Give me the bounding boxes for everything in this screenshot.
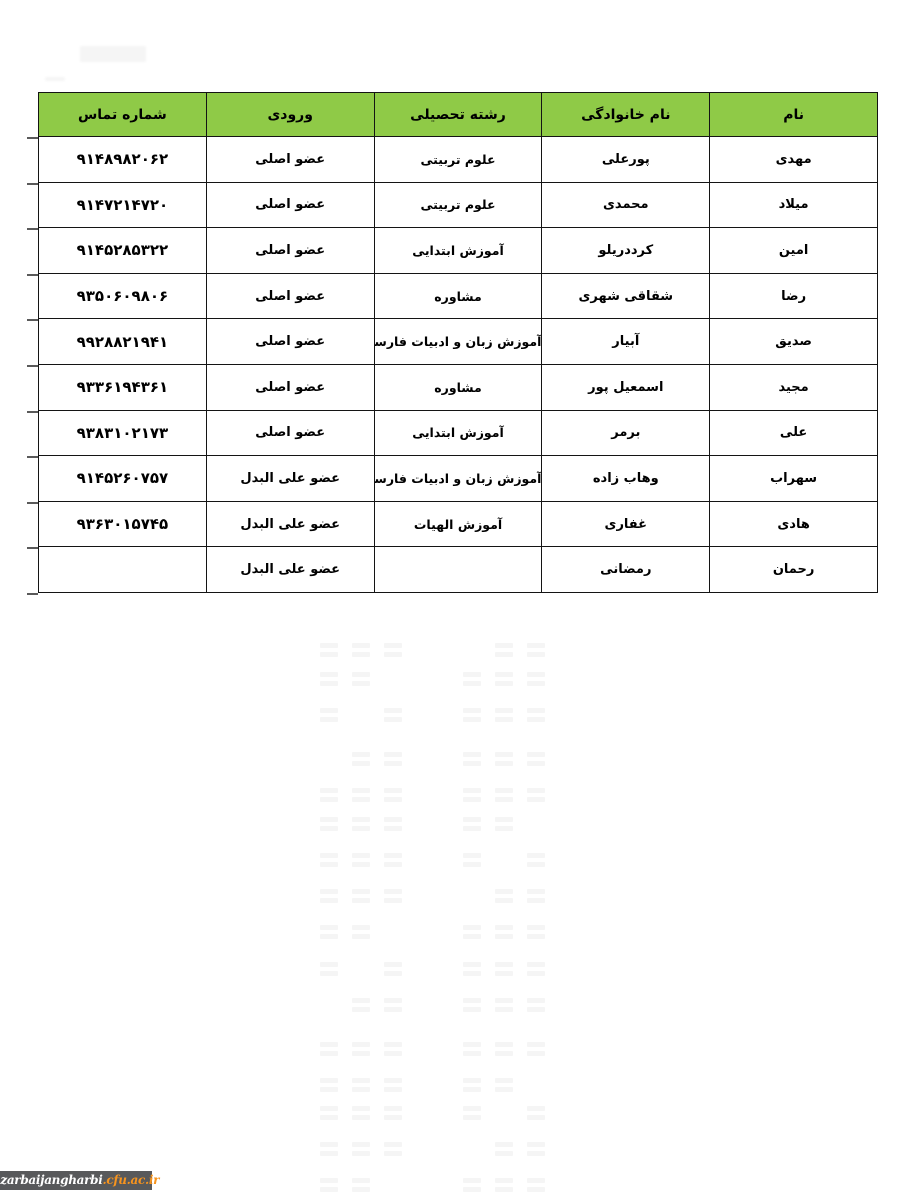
ghost-dash xyxy=(384,998,402,1003)
ghost-dash xyxy=(527,708,545,713)
ghost-dash xyxy=(320,862,338,867)
ghost-dash xyxy=(384,1078,402,1083)
table-row: مهدیپورعلیعلوم تربیتیعضو اصلی۹۱۴۸۹۸۲۰۶۲ xyxy=(39,137,878,183)
cell-family: رمضانی xyxy=(542,547,710,593)
cell-name: علی xyxy=(710,410,878,456)
table-row: صدیقآبیارآموزش زبان و ادبیات فارسیعضو اص… xyxy=(39,319,878,365)
cell-field: مشاوره xyxy=(374,364,542,410)
ghost-dash xyxy=(384,761,402,766)
cell-family: برمر xyxy=(542,410,710,456)
ghost-dash xyxy=(495,1042,513,1047)
ghost-dash xyxy=(352,1106,370,1111)
ghost-dash xyxy=(352,998,370,1003)
ghost-dash xyxy=(463,788,481,793)
ghost-dash xyxy=(384,1042,402,1047)
members-table: نام نام خانوادگی رشته تحصیلی ورودی شماره… xyxy=(38,92,878,593)
ghost-dash xyxy=(352,1178,370,1183)
ghost-dash xyxy=(495,1087,513,1092)
ghost-dash xyxy=(384,1106,402,1111)
ghost-dash xyxy=(527,717,545,722)
ghost-dash xyxy=(463,998,481,1003)
ghost-dash xyxy=(463,1115,481,1120)
ghost-dash xyxy=(320,1042,338,1047)
table-header: نام نام خانوادگی رشته تحصیلی ورودی شماره… xyxy=(39,93,878,137)
ghost-dash xyxy=(320,962,338,967)
ghost-dash xyxy=(495,643,513,648)
ghost-dash xyxy=(495,761,513,766)
ghost-dash xyxy=(495,817,513,822)
cell-field: آموزش زبان و ادبیات فارسی xyxy=(374,319,542,365)
cell-field: مشاوره xyxy=(374,273,542,319)
cell-name: سهراب xyxy=(710,456,878,502)
cell-entry: عضو اصلی xyxy=(206,364,374,410)
ghost-dash xyxy=(352,643,370,648)
border-tick xyxy=(27,547,38,549)
ghost-dash xyxy=(495,717,513,722)
cell-family: آبیار xyxy=(542,319,710,365)
ghost-dash xyxy=(527,853,545,858)
cell-phone: ۹۳۶۳۰۱۵۷۴۵ xyxy=(39,501,207,547)
ghost-dash xyxy=(320,1087,338,1092)
cell-phone: ۹۹۲۸۸۲۱۹۴۱ xyxy=(39,319,207,365)
ghost-dash xyxy=(352,925,370,930)
cell-family: غفاری xyxy=(542,501,710,547)
ghost-dash xyxy=(463,934,481,939)
ghost-dash xyxy=(320,898,338,903)
ghost-dash xyxy=(384,962,402,967)
cell-entry: عضو اصلی xyxy=(206,410,374,456)
ghost-dash xyxy=(527,1178,545,1183)
cell-phone: ۹۳۵۰۶۰۹۸۰۶ xyxy=(39,273,207,319)
ghost-dash xyxy=(463,1042,481,1047)
ghost-dash xyxy=(320,934,338,939)
ghost-dash xyxy=(463,717,481,722)
cell-name: رحمان xyxy=(710,547,878,593)
ghost-dash xyxy=(320,788,338,793)
ghost-dash xyxy=(320,1187,338,1192)
ghost-dash xyxy=(527,643,545,648)
column-header-phone: شماره تماس xyxy=(39,93,207,137)
cell-field: علوم تربیتی xyxy=(374,182,542,228)
table-row: سهرابوهاب زادهآموزش زبان و ادبیات فارسیع… xyxy=(39,456,878,502)
ghost-dash xyxy=(352,788,370,793)
ghost-dash xyxy=(527,998,545,1003)
ghost-dash xyxy=(320,925,338,930)
ghost-dash xyxy=(352,1007,370,1012)
border-tick xyxy=(27,456,38,458)
ghost-dash xyxy=(352,1078,370,1083)
ghost-dash xyxy=(384,1151,402,1156)
ghost-dash xyxy=(384,898,402,903)
cell-phone: ۹۱۴۵۲۸۵۳۲۲ xyxy=(39,228,207,274)
cell-phone: ۹۳۳۶۱۹۴۳۶۱ xyxy=(39,364,207,410)
ghost-dash xyxy=(495,752,513,757)
ghost-dash xyxy=(495,1007,513,1012)
ghost-dash xyxy=(527,1115,545,1120)
table-row: مجیداسمعیل پورمشاورهعضو اصلی۹۳۳۶۱۹۴۳۶۱ xyxy=(39,364,878,410)
ghost-dash xyxy=(384,1142,402,1147)
ghost-dash xyxy=(527,1007,545,1012)
border-tick xyxy=(27,365,38,367)
ghost-dash xyxy=(352,797,370,802)
cell-family: کرددریلو xyxy=(542,228,710,274)
ghost-dash xyxy=(495,962,513,967)
ghost-dash xyxy=(463,853,481,858)
ghost-dash xyxy=(527,1106,545,1111)
cell-entry: عضو علی البدل xyxy=(206,501,374,547)
ghost-dash xyxy=(384,652,402,657)
ghost-dash xyxy=(495,971,513,976)
ghost-dash xyxy=(352,826,370,831)
ghost-dash xyxy=(320,717,338,722)
website-footer-bar: azarbaijangharbi.cfu.ac.ir xyxy=(0,1171,152,1190)
ghost-dash xyxy=(352,1087,370,1092)
ghost-dash xyxy=(463,962,481,967)
ghost-dash xyxy=(352,898,370,903)
cell-name: مهدی xyxy=(710,137,878,183)
ghost-dash xyxy=(320,817,338,822)
ghost-dash xyxy=(495,1151,513,1156)
ghost-dash xyxy=(384,1115,402,1120)
ghost-dash xyxy=(463,817,481,822)
ghost-dash xyxy=(463,1007,481,1012)
site-domain-main: azarbaijangharbi xyxy=(0,1171,102,1190)
ghost-dash xyxy=(384,1007,402,1012)
cell-field: علوم تربیتی xyxy=(374,137,542,183)
ghost-dash xyxy=(320,652,338,657)
border-tick xyxy=(27,183,38,185)
ghost-dash xyxy=(384,826,402,831)
cell-phone: ۹۱۴۵۲۶۰۷۵۷ xyxy=(39,456,207,502)
ghost-dash xyxy=(495,652,513,657)
ghost-dash xyxy=(463,925,481,930)
cell-name: میلاد xyxy=(710,182,878,228)
cell-field: آموزش الهیات xyxy=(374,501,542,547)
ghost-dash xyxy=(527,788,545,793)
cell-entry: عضو اصلی xyxy=(206,182,374,228)
ghost-dash xyxy=(527,889,545,894)
ghost-dash xyxy=(495,889,513,894)
ghost-dash xyxy=(463,1078,481,1083)
ghost-dash xyxy=(384,752,402,757)
ghost-dash xyxy=(527,962,545,967)
ghost-dash xyxy=(384,889,402,894)
ghost-dash xyxy=(352,1142,370,1147)
cell-family: محمدی xyxy=(542,182,710,228)
ghost-dash xyxy=(527,752,545,757)
table-row: رحمانرمضانیعضو علی البدل xyxy=(39,547,878,593)
cell-entry: عضو اصلی xyxy=(206,228,374,274)
ghost-dash xyxy=(320,643,338,648)
ghost-dash xyxy=(463,672,481,677)
ghost-dash xyxy=(384,1087,402,1092)
cell-entry: عضو اصلی xyxy=(206,273,374,319)
column-header-entry: ورودی xyxy=(206,93,374,137)
ghost-dash xyxy=(527,971,545,976)
ghost-dash xyxy=(384,708,402,713)
ghost-dash xyxy=(352,1187,370,1192)
border-tick xyxy=(27,593,38,595)
ghost-dash xyxy=(384,797,402,802)
cell-family: پورعلی xyxy=(542,137,710,183)
ghost-dash xyxy=(527,898,545,903)
cell-name: صدیق xyxy=(710,319,878,365)
ghost-dash xyxy=(384,971,402,976)
table-row: رضاشقاقی شهریمشاورهعضو اصلی۹۳۵۰۶۰۹۸۰۶ xyxy=(39,273,878,319)
ghost-dash xyxy=(495,1078,513,1083)
ghost-dash xyxy=(527,1051,545,1056)
cell-phone xyxy=(39,547,207,593)
ghost-dash xyxy=(463,862,481,867)
ghost-dash xyxy=(463,761,481,766)
ghost-dash xyxy=(495,898,513,903)
table-row: هادیغفاریآموزش الهیاتعضو علی البدل۹۳۶۳۰۱… xyxy=(39,501,878,547)
ghost-dash xyxy=(320,971,338,976)
ghost-dash xyxy=(463,1106,481,1111)
ghost-dash xyxy=(320,1151,338,1156)
ghost-dash xyxy=(320,1142,338,1147)
ghost-dash xyxy=(527,1042,545,1047)
ghost-dash xyxy=(527,797,545,802)
ghost-dash xyxy=(527,681,545,686)
ghost-dash xyxy=(463,1051,481,1056)
cell-field: آموزش ابتدایی xyxy=(374,410,542,456)
border-tick xyxy=(27,137,38,139)
ghost-dash xyxy=(384,862,402,867)
ghost-dash xyxy=(352,672,370,677)
table-row: میلادمحمدیعلوم تربیتیعضو اصلی۹۱۴۷۲۱۴۷۲۰ xyxy=(39,182,878,228)
ghost-dash xyxy=(352,934,370,939)
cell-name: امین xyxy=(710,228,878,274)
ghost-dash xyxy=(527,1187,545,1192)
ghost-dash xyxy=(463,752,481,757)
cell-phone: ۹۱۴۸۹۸۲۰۶۲ xyxy=(39,137,207,183)
ghost-dash xyxy=(495,934,513,939)
ghost-dash xyxy=(384,853,402,858)
ghost-dash xyxy=(352,853,370,858)
ghost-dash xyxy=(495,826,513,831)
ghost-dash xyxy=(463,971,481,976)
ghost-dash xyxy=(320,889,338,894)
border-tick xyxy=(27,274,38,276)
column-header-family: نام خانوادگی xyxy=(542,93,710,137)
ghost-dash xyxy=(352,652,370,657)
ghost-dash xyxy=(463,1087,481,1092)
ghost-dash xyxy=(463,826,481,831)
cell-name: مجید xyxy=(710,364,878,410)
ghost-dash xyxy=(352,681,370,686)
ghost-dash xyxy=(320,1178,338,1183)
header-row: نام نام خانوادگی رشته تحصیلی ورودی شماره… xyxy=(39,93,878,137)
cell-family: شقاقی شهری xyxy=(542,273,710,319)
border-tick xyxy=(27,228,38,230)
ghost-dash xyxy=(495,925,513,930)
cell-phone: ۹۱۴۷۲۱۴۷۲۰ xyxy=(39,182,207,228)
ghost-dash xyxy=(495,1187,513,1192)
cell-entry: عضو اصلی xyxy=(206,137,374,183)
ghost-dash xyxy=(352,862,370,867)
ghost-dash xyxy=(384,788,402,793)
ghost-dash xyxy=(320,1051,338,1056)
column-header-field: رشته تحصیلی xyxy=(374,93,542,137)
border-tick xyxy=(27,411,38,413)
ghost-dash xyxy=(352,752,370,757)
ghost-dash xyxy=(320,797,338,802)
cell-field xyxy=(374,547,542,593)
cell-field: آموزش ابتدایی xyxy=(374,228,542,274)
cell-entry: عضو اصلی xyxy=(206,319,374,365)
ghost-dash xyxy=(384,643,402,648)
ghost-dash xyxy=(463,797,481,802)
ghost-dash xyxy=(320,681,338,686)
ghost-dash xyxy=(352,889,370,894)
ghost-dash xyxy=(352,1115,370,1120)
table-row: علیبرمرآموزش ابتداییعضو اصلی۹۳۸۳۱۰۲۱۷۳ xyxy=(39,410,878,456)
ghost-dash xyxy=(384,1051,402,1056)
ghost-dash xyxy=(320,1106,338,1111)
ghost-dash xyxy=(463,708,481,713)
ghost-dash xyxy=(320,1115,338,1120)
ghost-dash xyxy=(352,1151,370,1156)
cell-name: هادی xyxy=(710,501,878,547)
ghost-dash xyxy=(320,672,338,677)
ghost-dash xyxy=(495,788,513,793)
ghost-dash xyxy=(320,826,338,831)
ghost-dash xyxy=(527,652,545,657)
cell-entry: عضو علی البدل xyxy=(206,547,374,593)
cell-family: وهاب زاده xyxy=(542,456,710,502)
cell-field: آموزش زبان و ادبیات فارسی xyxy=(374,456,542,502)
ghost-dash xyxy=(320,853,338,858)
ghost-dash xyxy=(527,925,545,930)
ghost-dash xyxy=(495,998,513,1003)
ghost-dash xyxy=(527,1151,545,1156)
ghost-dash xyxy=(463,1187,481,1192)
ghost-dash xyxy=(527,862,545,867)
ghost-dash xyxy=(495,1051,513,1056)
ghost-dash xyxy=(352,1051,370,1056)
ghost-dash xyxy=(527,1142,545,1147)
ghost-dash xyxy=(384,817,402,822)
table-row: امینکرددریلوآموزش ابتداییعضو اصلی۹۱۴۵۲۸۵… xyxy=(39,228,878,274)
ghost-dash xyxy=(384,717,402,722)
bleedthrough-smudge xyxy=(80,46,146,62)
cell-phone: ۹۳۸۳۱۰۲۱۷۳ xyxy=(39,410,207,456)
ghost-dash xyxy=(495,681,513,686)
border-tick xyxy=(27,319,38,321)
ghost-dash xyxy=(320,708,338,713)
site-domain-suffix: .cfu.ac.ir xyxy=(102,1171,159,1190)
document-page: نام نام خانوادگی رشته تحصیلی ورودی شماره… xyxy=(0,0,900,1197)
cell-family: اسمعیل پور xyxy=(542,364,710,410)
cell-entry: عضو علی البدل xyxy=(206,456,374,502)
column-header-name: نام xyxy=(710,93,878,137)
ghost-dash xyxy=(527,934,545,939)
ghost-dash xyxy=(352,817,370,822)
ghost-dash xyxy=(495,1142,513,1147)
ghost-dash xyxy=(352,1042,370,1047)
table-body: مهدیپورعلیعلوم تربیتیعضو اصلی۹۱۴۸۹۸۲۰۶۲م… xyxy=(39,137,878,593)
ghost-dash xyxy=(495,797,513,802)
ghost-dash xyxy=(527,672,545,677)
ghost-dash xyxy=(352,761,370,766)
ghost-dash xyxy=(320,1078,338,1083)
ghost-dash xyxy=(495,708,513,713)
ghost-dash xyxy=(527,761,545,766)
ghost-dash xyxy=(463,681,481,686)
ghost-dash xyxy=(463,1178,481,1183)
bleedthrough-smudge xyxy=(45,77,65,81)
border-tick xyxy=(27,502,38,504)
cell-name: رضا xyxy=(710,273,878,319)
ghost-dash xyxy=(495,672,513,677)
ghost-dash xyxy=(495,1178,513,1183)
